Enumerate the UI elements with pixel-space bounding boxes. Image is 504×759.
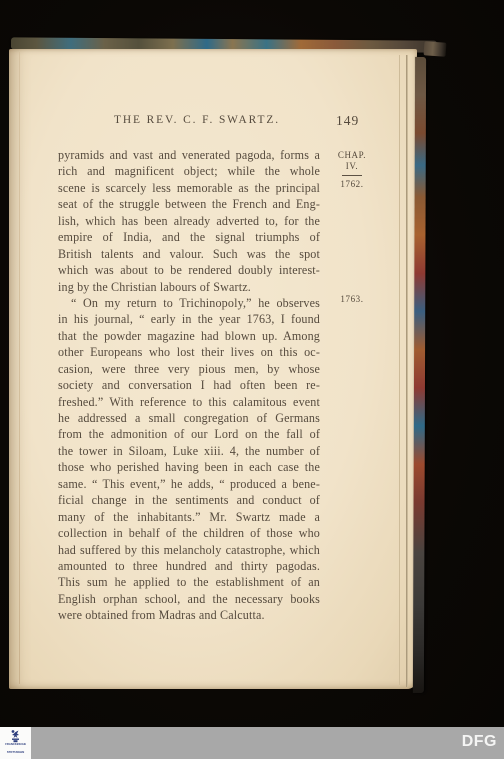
running-title: THE REV. C. F. SWARTZ. bbox=[72, 114, 322, 129]
text-line: scene is scarcely less memorable as the … bbox=[58, 180, 320, 196]
cover-corner bbox=[424, 41, 447, 57]
text-line: those who perished having been in each c… bbox=[58, 459, 320, 475]
text-line: freshed.” With reference to this calamit… bbox=[58, 394, 320, 410]
page-stack-edge bbox=[399, 55, 400, 685]
marbled-fore-edge bbox=[413, 57, 426, 693]
franckesche-stiftungen-eagle-icon bbox=[9, 729, 22, 743]
text-line: British talents and valour. Such was the… bbox=[58, 246, 320, 262]
paragraph: “ On my return to Trichinopoly,” he obse… bbox=[58, 295, 320, 624]
body-text: pyramids and vast and venerated pagoda, … bbox=[58, 147, 320, 624]
text-line: from the admonition of our Lord on the f… bbox=[58, 426, 320, 442]
text-line: other Europeans who lost their lives on … bbox=[58, 344, 320, 360]
chapter-label: CHAP. bbox=[332, 150, 372, 161]
text-line: casion, were three very pious men, by wh… bbox=[58, 361, 320, 377]
text-line: seat of the struggle between the French … bbox=[58, 196, 320, 212]
text-line: ing by the Christian labours of Swartz. bbox=[58, 279, 320, 295]
footer-bar bbox=[31, 727, 504, 759]
paragraph: pyramids and vast and venerated pagoda, … bbox=[58, 147, 320, 295]
page-number: 149 bbox=[336, 113, 370, 129]
text-line: were obtained from Madras and Calcutta. bbox=[58, 607, 320, 623]
text-line: This sum he applied to the establishment… bbox=[58, 574, 320, 590]
margin-year: 1762. bbox=[332, 179, 372, 190]
text-line: “ On my return to Trichinopoly,” he obse… bbox=[58, 295, 320, 311]
text-line: same. “ This event,” he adds, “ produced… bbox=[58, 476, 320, 492]
text-line: the tower in Siloam, Luke xiii. 4, the n… bbox=[58, 443, 320, 459]
text-line: amounted to three hundred and thirty pag… bbox=[58, 558, 320, 574]
text-line: English orphan school, and the necessary… bbox=[58, 591, 320, 607]
book-scan-photo: THE REV. C. F. SWARTZ. 149 CHAP. IV. 176… bbox=[0, 0, 504, 759]
text-line: he addressed a small congregation of Ger… bbox=[58, 410, 320, 426]
margin-rule bbox=[342, 175, 362, 176]
text-line: ficial change in the sentiments and cond… bbox=[58, 492, 320, 508]
margin-note-year: 1763. bbox=[332, 294, 372, 305]
text-line: which was about to be rendered doubly in… bbox=[58, 262, 320, 278]
page-stack-edge bbox=[406, 55, 408, 687]
library-logo-text-line: FRANCKESCHE bbox=[5, 743, 26, 746]
text-line: rich and magnificent object; while the w… bbox=[58, 163, 320, 179]
text-line: pyramids and vast and venerated pagoda, … bbox=[58, 147, 320, 163]
page-gutter-line bbox=[19, 52, 20, 684]
dfg-logo: DFG bbox=[462, 733, 497, 751]
text-line: many of the inhabitants.” Mr. Swartz mad… bbox=[58, 509, 320, 525]
text-line: empire of India, and the signal triumphs… bbox=[58, 229, 320, 245]
text-line: collection in behalf of the children of … bbox=[58, 525, 320, 541]
margin-note-chapter: CHAP. IV. 1762. bbox=[332, 150, 372, 190]
text-line: society and conversation I had often bee… bbox=[58, 377, 320, 393]
library-logo: FRANCKESCHE STIFTUNGEN bbox=[0, 727, 31, 759]
text-line: that the powder magazine had blown up. A… bbox=[58, 328, 320, 344]
text-line: lish, which has been already adverted to… bbox=[58, 213, 320, 229]
text-line: in his journal, “ early in the year 1763… bbox=[58, 311, 320, 327]
text-line: had suffered by this melancholy catastro… bbox=[58, 542, 320, 558]
chapter-numeral: IV. bbox=[332, 161, 372, 172]
library-logo-text-line: STIFTUNGEN bbox=[7, 751, 24, 754]
